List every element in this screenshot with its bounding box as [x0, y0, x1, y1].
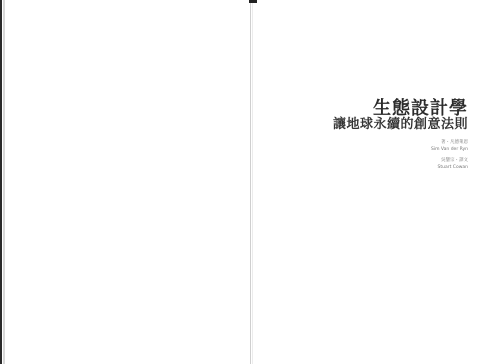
left-page-edge-shadow	[3, 0, 5, 364]
book-subtitle: 讓地球永續的創意法則	[333, 113, 468, 132]
book-gutter-shadow	[252, 0, 253, 364]
author-latin-name: Sim Van der Ryn	[431, 147, 468, 153]
book-spread: 生態設計學 讓地球永續的創意法則 著・凡德萊恩 Sim Van der Ryn …	[0, 0, 500, 364]
scan-mark	[249, 0, 257, 3]
author-credit: 著・凡德萊恩	[441, 140, 468, 146]
coauthor-latin-name: Stuart Cowan	[438, 165, 468, 171]
translator-credit: 吳鑾宗・譯文	[441, 158, 468, 164]
left-page-edge	[0, 0, 2, 364]
book-gutter	[250, 0, 251, 364]
